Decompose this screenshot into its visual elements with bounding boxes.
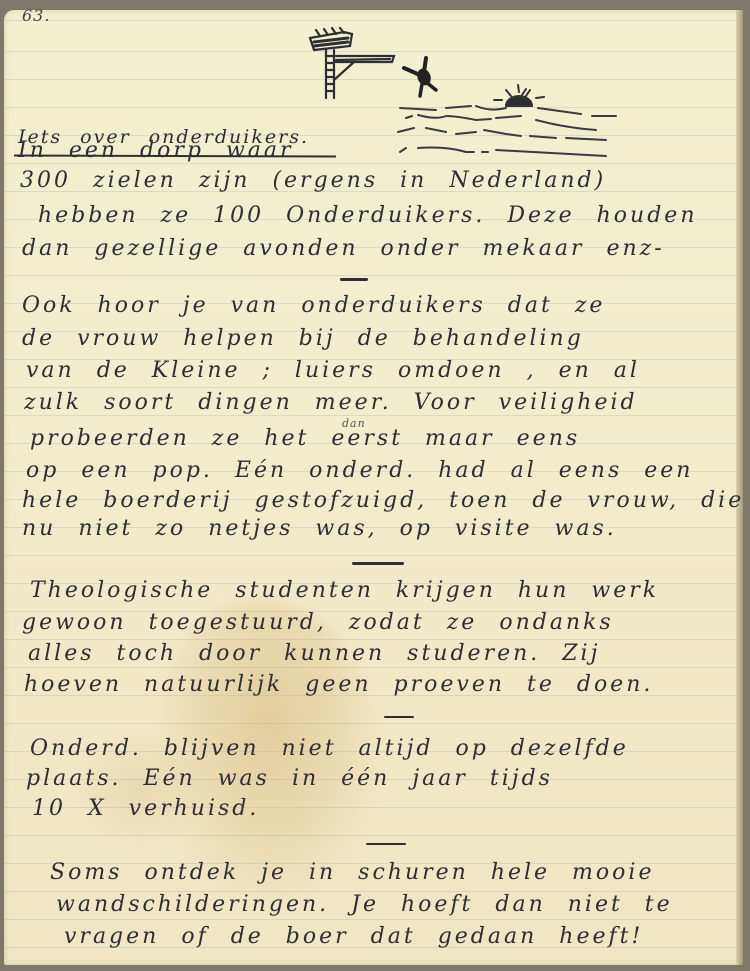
page-number: 63.: [22, 8, 50, 24]
text-line-16: hoeven natuurlijk geen proeven te doen.: [24, 674, 653, 696]
scanned-page: 63.: [0, 0, 750, 971]
text-line-1: In een dorp waar: [18, 140, 294, 162]
text-line-19: 10 X verhuisd.: [32, 798, 259, 820]
paragraph-separator: [340, 278, 368, 281]
text-line-18: plaats. Eén was in één jaar tijds: [26, 768, 553, 790]
text-line-2: 300 zielen zijn (ergens in Nederland): [20, 170, 606, 192]
text-line-7: van de Kleine ; luiers omdoen , en al: [26, 360, 640, 382]
text-line-10: op een pop. Eén onderd. had al eens een: [26, 460, 693, 482]
text-line-15: alles toch door kunnen studeren. Zij: [28, 643, 600, 665]
paragraph-separator: [352, 562, 404, 565]
text-line-20: Soms ontdek je in schuren hele mooie: [50, 862, 654, 884]
text-line-17: Onderd. blijven niet altijd op dezelfde: [30, 738, 629, 760]
paragraph-separator: [384, 716, 414, 718]
text-line-9: probeerden ze het eerst maar eens: [30, 428, 580, 450]
paragraph-separator: [366, 843, 406, 845]
text-line-11: hele boerderij gestofzuigd, toen de vrou…: [22, 490, 744, 512]
text-line-13: Theologische studenten krijgen hun werk: [30, 580, 659, 602]
text-line-3: hebben ze 100 Onderduikers. Deze houden: [38, 205, 698, 227]
text-line-5: Ook hoor je van onderduikers dat ze: [22, 295, 605, 317]
text-line-12: nu niet zo netjes was, op visite was.: [22, 518, 617, 540]
text-line-6: de vrouw helpen bij de behandeling: [22, 328, 584, 350]
text-line-22: vragen of de boer dat gedaan heeft!: [64, 926, 643, 948]
text-line-8: zulk soort dingen meer. Voor veiligheid: [24, 392, 638, 414]
text-line-14: gewoon toegestuurd, zodat ze ondanks: [22, 612, 614, 634]
diving-sketch-icon: [296, 20, 626, 170]
text-line-21: wandschilderingen. Je hoeft dan niet te: [56, 894, 673, 916]
text-line-4: dan gezellige avonden onder mekaar enz-: [22, 238, 665, 260]
